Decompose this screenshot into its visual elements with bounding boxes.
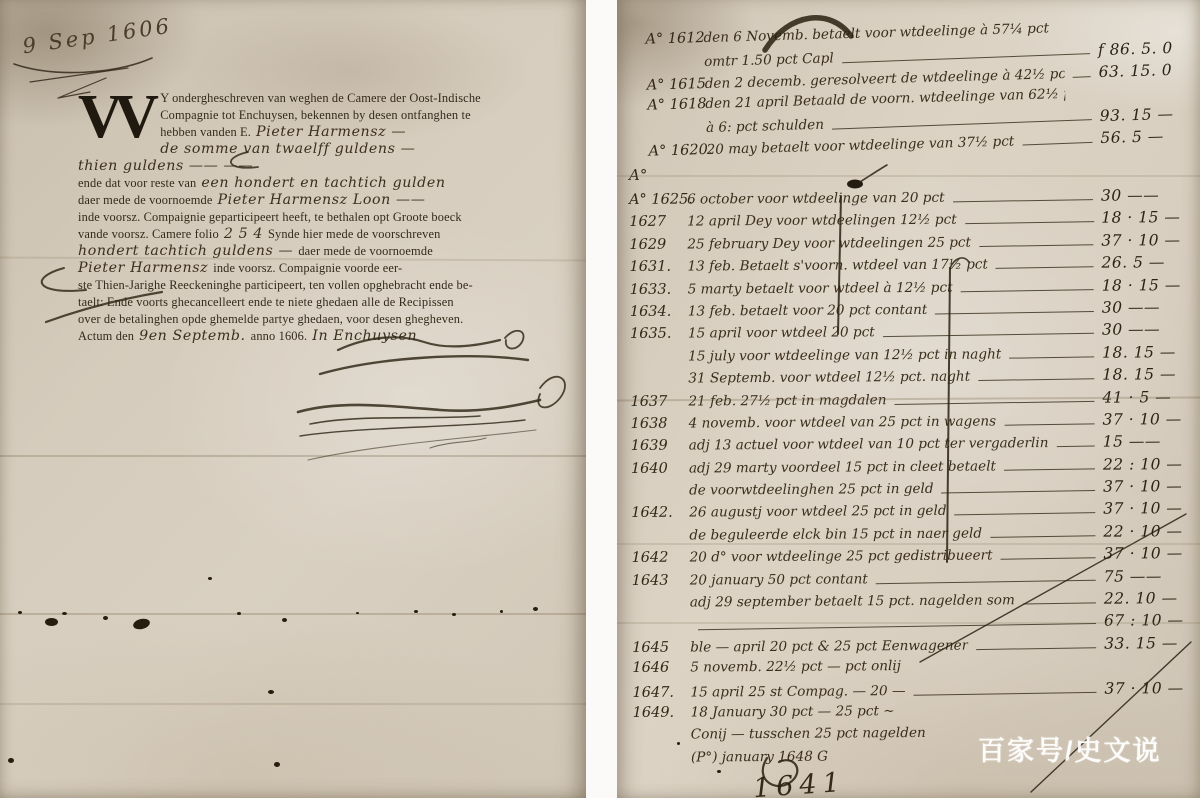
ledger-year: 1633. bbox=[630, 281, 688, 297]
signature-mark-2 bbox=[310, 416, 480, 424]
signature-strike bbox=[300, 420, 525, 436]
ledger-year: 1645 bbox=[632, 639, 690, 655]
ink-dot bbox=[62, 612, 67, 615]
signature-underline bbox=[320, 356, 528, 374]
ledger-entry-text: 18 January 30 pct — 25 pct ~ bbox=[691, 703, 895, 720]
ledger-year: 1629 bbox=[629, 236, 687, 252]
ink-dot bbox=[717, 770, 721, 773]
ledger-entry-text: 12 april Dey voor wtdeelingen 12½ pct bbox=[687, 212, 957, 230]
comet-tail bbox=[860, 165, 887, 182]
ledger-amount: 63. 15. 0 bbox=[1098, 60, 1194, 81]
cut-off-entry: 1641 bbox=[752, 767, 847, 798]
date-annotation: 9 Sep 1606 bbox=[21, 14, 173, 59]
ledger-year: A° 1625. bbox=[629, 192, 687, 208]
ledger-amount: 93. 15 — bbox=[1100, 104, 1196, 125]
ledger-amount bbox=[1097, 28, 1193, 31]
ledger-amount: 26. 5 — bbox=[1101, 253, 1189, 272]
watermark-text: 百家号/史文说 bbox=[978, 729, 1162, 768]
ink-dot bbox=[268, 690, 274, 694]
ledger-rule-line bbox=[942, 490, 1096, 493]
ledger-rule-line bbox=[832, 119, 1092, 130]
ledger-entry-text: 21 feb. 27½ pct in magdalen bbox=[688, 392, 886, 409]
ledger-entry-text: omtr 1.50 pct Capl bbox=[704, 50, 834, 70]
ledger-entry-text: 20 d° voor wtdeelinge 25 pct gedistribue… bbox=[689, 548, 992, 566]
ink-dot bbox=[356, 612, 359, 614]
printed-segment: Actum den bbox=[78, 329, 134, 343]
paragraph-line: vande voorsz. Camere folio2 5 4Synde hie… bbox=[78, 226, 564, 243]
date-underline-flourish bbox=[30, 68, 128, 82]
signature-small-note bbox=[430, 438, 486, 448]
handwritten-segment: Pieter Harmensz — bbox=[256, 124, 406, 140]
paragraph-line: hondert tachtich guldens —daer mede de v… bbox=[78, 243, 564, 260]
signature-mark-2 bbox=[298, 400, 540, 412]
handwritten-segment: hondert tachtich guldens — bbox=[78, 243, 293, 259]
printed-segment: daer mede de voornoemde bbox=[298, 244, 433, 258]
printed-segment: inde voorsz. Compaignie geparticipeert h… bbox=[78, 210, 462, 224]
paragraph-line: daer mede de voornoemdePieter Harmensz L… bbox=[78, 192, 564, 209]
ledger-amount: 18. 15 — bbox=[1102, 365, 1190, 384]
signature-sweep bbox=[308, 430, 536, 460]
certificate-page: 9 Sep 1606 VV Y ondergheschreven van weg… bbox=[0, 0, 586, 798]
ledger-year: 1643 bbox=[632, 572, 690, 588]
ink-dot bbox=[452, 613, 456, 616]
handwritten-segment: 2 5 4 bbox=[224, 226, 263, 242]
printed-segment: Y ondergheschreven van weghen de Camere … bbox=[160, 91, 481, 105]
ledger-year: 1637 bbox=[630, 393, 688, 409]
ledger-entry-text: 26 augustj voor wtdeel 25 pct in geld bbox=[689, 503, 946, 521]
printed-segment: ste Thien-Jarighe Reeckeninghe participe… bbox=[78, 278, 473, 292]
ledger-page: A° 1612den 6 Novemb. betaelt voor wtdeel… bbox=[617, 0, 1200, 798]
ledger-rule-line bbox=[965, 222, 1093, 225]
paragraph-line: Actum den9en Septemb.anno 1606.In Enchuy… bbox=[78, 328, 564, 345]
paragraph-line: ende dat voor reste vaneen hondert en ta… bbox=[78, 175, 564, 192]
ledger-rule-line bbox=[978, 378, 1094, 381]
ledger-rule-line bbox=[1004, 468, 1095, 470]
paragraph-line: ste Thien-Jarighe Reeckeninghe participe… bbox=[78, 277, 564, 294]
ink-blot bbox=[45, 618, 58, 626]
printed-segment: over de betalinghen opde ghemelde partye… bbox=[78, 312, 463, 326]
handwritten-segment: de somme van bbox=[160, 141, 270, 157]
ledger-entry-text: 25 february Dey voor wtdeelingen 25 pct bbox=[687, 234, 971, 252]
ledger-entry-text: de beguleerde elck bin 15 pct in naer ge… bbox=[689, 525, 982, 543]
ledger-amount: 18 · 15 — bbox=[1101, 208, 1189, 227]
paper-crease bbox=[0, 613, 586, 615]
ledger-amount: 67 : 10 — bbox=[1104, 611, 1192, 630]
ledger-rule-line bbox=[935, 311, 1094, 314]
ledger-rule-line bbox=[876, 579, 1096, 583]
ledger-amount: f 86. 5. 0 bbox=[1098, 38, 1194, 59]
ledger-rule-line bbox=[914, 692, 1097, 696]
ledger-amount: 37 · 10 — bbox=[1103, 477, 1191, 496]
comet-blot bbox=[847, 180, 863, 189]
ledger-entry-text: 5 novemb. 22½ pct — pct onlij bbox=[690, 658, 901, 675]
ledger-amount: 22. 10 — bbox=[1104, 589, 1192, 608]
ledger-year bbox=[646, 66, 704, 68]
ledger-year: A° 1618 bbox=[647, 96, 705, 114]
paragraph-lines: Y ondergheschreven van weghen de Camere … bbox=[78, 90, 564, 345]
ink-dot bbox=[8, 758, 14, 763]
ledger-rule-line bbox=[976, 647, 1096, 650]
paragraph-line: over de betalinghen opde ghemelde partye… bbox=[78, 311, 564, 328]
ledger-rule-line bbox=[842, 53, 1090, 63]
ink-dot bbox=[282, 618, 287, 622]
printed-paragraph: VV Y ondergheschreven van weghen de Came… bbox=[78, 90, 564, 345]
ledger-year bbox=[648, 132, 706, 134]
ledger-amount: 22 : 10 — bbox=[1103, 455, 1191, 474]
ledger-entry-text: 31 Septemb. voor wtdeel 12½ pct. naght bbox=[688, 369, 970, 387]
ledger-rule-line bbox=[1022, 142, 1092, 146]
ledger-entry-text: 6 october voor wtdeelinge van 20 pct bbox=[687, 190, 945, 208]
ledger-amount: 18. 15 — bbox=[1102, 343, 1190, 362]
paragraph-line: thien guldens—— —— bbox=[78, 158, 564, 175]
ledger-amount: 30 —— bbox=[1101, 186, 1189, 205]
signature-flourish-loop bbox=[538, 377, 565, 408]
handwritten-segment: Pieter Harmensz bbox=[78, 260, 208, 276]
ledger-entry-text: 5 marty betaelt voor wtdeel à 12½ pct bbox=[688, 279, 953, 297]
ledger-rule-line bbox=[990, 535, 1095, 538]
printed-segment: inde voorsz. Compaignie voorde eer- bbox=[213, 261, 402, 275]
ledger-year: A° 1615 bbox=[647, 76, 705, 94]
printed-segment: daer mede de voornoemde bbox=[78, 193, 213, 207]
paragraph-line: taelt: Ende voorts ghecancelleert ende t… bbox=[78, 294, 564, 311]
paragraph-line: Y ondergheschreven van weghen de Camere … bbox=[78, 90, 564, 107]
ledger-rule-line bbox=[1004, 423, 1094, 425]
ledger-amount bbox=[1099, 94, 1195, 97]
ledger-entry-text: (P°) january 1648 G bbox=[691, 748, 828, 765]
ledger-amount: 18 · 15 — bbox=[1102, 276, 1190, 295]
ledger-rule-line bbox=[1001, 558, 1096, 560]
ink-dot bbox=[237, 612, 241, 615]
ledger-year: 1640 bbox=[631, 460, 689, 476]
ledger-rule-line bbox=[979, 244, 1093, 247]
ledger-amount: 56. 5 — bbox=[1100, 126, 1196, 147]
ledger-rule-line bbox=[883, 333, 1094, 337]
ledger-top-section: A° 1612den 6 Novemb. betaelt voor wtdeel… bbox=[645, 16, 1196, 163]
paper-crease bbox=[0, 455, 586, 457]
ledger-main-section: A° 1625.6 october voor wtdeelinge van 20… bbox=[629, 186, 1193, 772]
ledger-year: 1638 bbox=[631, 415, 689, 431]
date-underline-flourish bbox=[14, 58, 152, 73]
ink-dot bbox=[274, 762, 280, 767]
handwritten-segment: 9en Septemb. bbox=[139, 328, 246, 344]
ledger-entry-text: de voorwtdeelinghen 25 pct in geld bbox=[689, 481, 934, 499]
ledger-entry-text: à 6: pct schulden bbox=[706, 117, 824, 136]
ledger-rule-line bbox=[698, 623, 1096, 630]
handwritten-segment: een hondert en tachtich gulden bbox=[201, 175, 445, 191]
ledger-rule-line bbox=[894, 400, 1094, 404]
ledger-amount: 22 · 10 — bbox=[1103, 522, 1191, 541]
ledger-amount: 30 —— bbox=[1102, 320, 1190, 339]
ledger-year: 1647. bbox=[632, 684, 690, 700]
ledger-entry-text: 15 april voor wtdeel 20 pct bbox=[688, 325, 875, 342]
printed-segment: vande voorsz. Camere folio bbox=[78, 227, 219, 241]
handwritten-segment: twaelff guldens — bbox=[276, 141, 416, 157]
ledger-amount: 37 · 10 — bbox=[1103, 410, 1191, 429]
handwritten-segment: Pieter Harmensz Loon —— bbox=[218, 192, 426, 208]
ledger-rule-line bbox=[961, 289, 1094, 292]
ledger-amount: 41 · 5 — bbox=[1102, 388, 1190, 407]
ledger-year: 1649. bbox=[633, 705, 691, 721]
ink-blot bbox=[132, 617, 151, 631]
ledger-rule-line bbox=[1057, 446, 1095, 448]
ledger-year: 1634. bbox=[630, 304, 688, 320]
ledger-rule-line bbox=[955, 513, 1096, 516]
ledger-rule-line bbox=[1073, 76, 1091, 78]
paper-crease bbox=[617, 175, 1200, 177]
ledger-year: 1627 bbox=[629, 214, 687, 230]
ledger-year: 1639 bbox=[631, 438, 689, 454]
ledger-entry-text: adj 29 september betaelt 15 pct. nagelde… bbox=[690, 592, 1015, 610]
ledger-rule-line bbox=[1009, 356, 1094, 358]
paragraph-line: Compagnie tot Enchuysen, bekennen by des… bbox=[78, 107, 564, 124]
ledger-entry-text: adj 13 actuel voor wtdeel van 10 pct ter… bbox=[689, 435, 1049, 454]
handwritten-segment: —— —— bbox=[189, 158, 253, 174]
ledger-entry-text: 15 july voor wtdeelinge van 12½ pct in n… bbox=[688, 346, 1001, 364]
printed-segment: hebben vanden E. bbox=[160, 125, 251, 139]
ledger-entry-text: 15 april 25 st Compag. — 20 — bbox=[690, 683, 905, 701]
ledger-amount: 37 · 10 — bbox=[1103, 500, 1191, 519]
handwritten-segment: thien guldens bbox=[78, 158, 184, 174]
ledger-year: A° 1620. bbox=[648, 142, 706, 160]
ledger-amount: 15 —— bbox=[1103, 432, 1191, 451]
ledger-amount bbox=[1104, 668, 1192, 669]
ledger-year: 1635. bbox=[630, 326, 688, 342]
ledger-amount: 30 —— bbox=[1102, 298, 1190, 317]
ink-dot bbox=[103, 616, 108, 620]
ledger-entry-text: 13 feb. Betaelt s'voorn. wtdeel van 17½ … bbox=[687, 257, 988, 275]
ink-dot bbox=[414, 610, 418, 613]
ledger-amount: 33. 15 — bbox=[1104, 634, 1192, 653]
ledger-year: A° 1612 bbox=[645, 30, 703, 48]
ledger-rule-line bbox=[1023, 602, 1096, 604]
ledger-year: 1631. bbox=[629, 259, 687, 275]
paragraph-line: hebben vanden E.Pieter Harmensz — bbox=[78, 124, 564, 141]
drop-cap-initial: VV bbox=[78, 92, 150, 142]
paragraph-line: de somme vantwaelff guldens — bbox=[78, 141, 564, 158]
ink-dot bbox=[500, 610, 503, 613]
ledger-entry-text: Conij — tusschen 25 pct nagelden bbox=[691, 725, 926, 743]
ink-dot bbox=[533, 607, 538, 611]
ledger-entry-text: adj 29 marty voordeel 15 pct in cleet be… bbox=[689, 458, 996, 476]
ledger-year: 1642. bbox=[631, 505, 689, 521]
ink-dot bbox=[18, 611, 22, 614]
document-photo: 9 Sep 1606 VV Y ondergheschreven van weg… bbox=[0, 0, 1200, 798]
ledger-amount: 37 · 10 — bbox=[1103, 544, 1191, 563]
printed-segment: taelt: Ende voorts ghecancelleert ende t… bbox=[78, 295, 454, 309]
ledger-entry-text: den 6 Novemb. betaelt voor wtdeelinge à … bbox=[703, 20, 1049, 46]
ledger-entry-text: 13 feb. betaelt voor 20 pct contant bbox=[688, 302, 928, 320]
printed-segment: anno 1606. bbox=[251, 329, 308, 343]
ink-dot bbox=[677, 742, 680, 745]
handwritten-segment: In Enchuysen bbox=[312, 328, 417, 344]
paragraph-line: inde voorsz. Compaignie geparticipeert h… bbox=[78, 209, 564, 226]
paper-crease bbox=[0, 703, 586, 705]
ledger-rule-line bbox=[996, 266, 1094, 269]
ledger-year: 1642 bbox=[631, 550, 689, 566]
ledger-entry-text: 20 january 50 pct contant bbox=[690, 571, 868, 588]
section-mark: A° bbox=[629, 166, 647, 184]
ink-dot bbox=[208, 577, 212, 580]
ledger-rule-line bbox=[953, 199, 1093, 202]
ledger-amount: 75 —— bbox=[1104, 567, 1192, 586]
ledger-entry-text: ble — april 20 pct & 25 pct Eenwagener bbox=[690, 637, 968, 655]
paragraph-line: Pieter Harmenszinde voorsz. Compaignie v… bbox=[78, 260, 564, 277]
ledger-amount: 37 · 10 — bbox=[1101, 231, 1189, 250]
ledger-entry-text: 4 novemb. voor wtdeel van 25 pct in wage… bbox=[689, 413, 997, 431]
ledger-amount: 37 · 10 — bbox=[1104, 679, 1192, 698]
printed-segment: ende dat voor reste van bbox=[78, 176, 196, 190]
ledger-amount bbox=[1105, 713, 1193, 714]
printed-segment: Synde hier mede de voorschreven bbox=[268, 227, 441, 241]
ledger-year: 1646 bbox=[632, 660, 690, 676]
printed-segment: Compagnie tot Enchuysen, bekennen by des… bbox=[160, 108, 471, 122]
